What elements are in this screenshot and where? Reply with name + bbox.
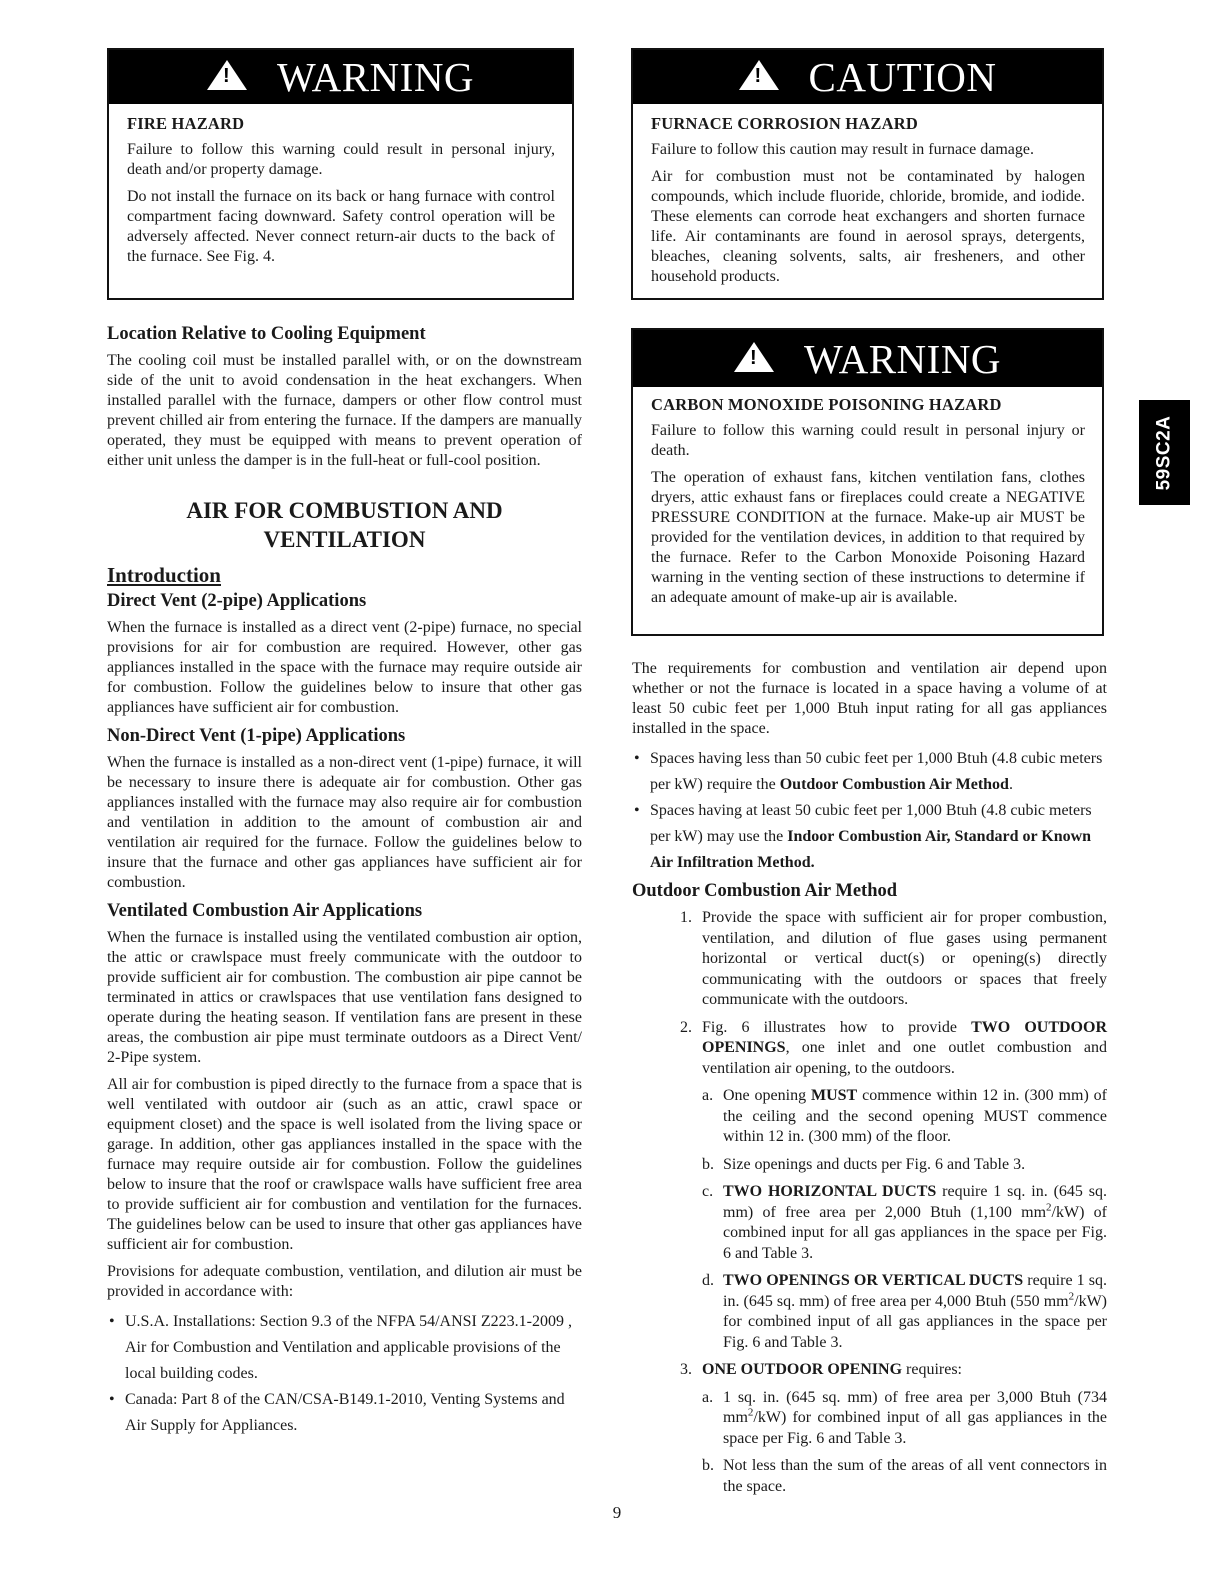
list-item: 1. Provide the space with sufficient air… (632, 908, 1107, 1011)
warning-triangle-icon (739, 60, 779, 90)
hazard-instructions: The operation of exhaust fans, kitchen v… (651, 468, 1085, 608)
location-heading: Location Relative to Cooling Equipment (107, 323, 582, 345)
warning-triangle-icon (734, 342, 774, 372)
list-item: b. Not less than the sum of the areas of… (702, 1456, 1107, 1497)
ventilated-combustion-text-1: When the furnace is installed using the … (107, 928, 582, 1068)
code-references-list: U.S.A. Installations: Section 9.3 of the… (107, 1309, 582, 1439)
location-text: The cooling coil must be installed paral… (107, 351, 582, 471)
list-item: U.S.A. Installations: Section 9.3 of the… (107, 1309, 582, 1387)
hazard-consequence: Failure to follow this warning could res… (127, 140, 555, 180)
direct-vent-heading: Direct Vent (2-pipe) Applications (107, 590, 582, 612)
list-item: a. 1 sq. in. (645 sq. mm) of free area p… (702, 1388, 1107, 1450)
right-column: The requirements for combustion and vent… (632, 659, 1107, 1504)
hazard-title: CARBON MONOXIDE POISONING HAZARD (651, 395, 1085, 415)
model-side-tab-label: 59SC2A (1154, 415, 1176, 490)
warning-header-label: WARNING (277, 53, 474, 101)
ventilated-combustion-text-2: All air for combustion is piped directly… (107, 1075, 582, 1255)
list-item: d. TWO OPENINGS OR VERTICAL DUCTS requir… (702, 1271, 1107, 1353)
ventilated-combustion-heading: Ventilated Combustion Air Applications (107, 900, 582, 922)
direct-vent-text: When the furnace is installed as a direc… (107, 618, 582, 718)
provisions-text: Provisions for adequate combustion, vent… (107, 1262, 582, 1302)
hazard-consequence: Failure to follow this caution may resul… (651, 140, 1085, 160)
fire-hazard-warning-box: WARNING FIRE HAZARD Failure to follow th… (107, 48, 574, 300)
left-column: Location Relative to Cooling Equipment T… (107, 323, 582, 1443)
list-item: Spaces having at least 50 cubic feet per… (632, 798, 1107, 876)
list-item: 2. Fig. 6 illustrates how to provide TWO… (632, 1018, 1107, 1354)
non-direct-vent-text: When the furnace is installed as a non-d… (107, 753, 582, 893)
warning-header: WARNING (109, 50, 572, 104)
caution-header-label: CAUTION (809, 53, 997, 101)
carbon-monoxide-warning-box: WARNING CARBON MONOXIDE POISONING HAZARD… (631, 328, 1104, 636)
model-side-tab: 59SC2A (1139, 400, 1190, 505)
hazard-title: FURNACE CORROSION HAZARD (651, 114, 1085, 134)
requirements-text: The requirements for combustion and vent… (632, 659, 1107, 739)
space-volume-list: Spaces having less than 50 cubic feet pe… (632, 746, 1107, 876)
list-item: b. Size openings and ducts per Fig. 6 an… (702, 1155, 1107, 1176)
list-item: a. One opening MUST commence within 12 i… (702, 1086, 1107, 1148)
warning-header-label: WARNING (804, 335, 1001, 383)
caution-header: CAUTION (633, 50, 1102, 104)
hazard-instructions: Do not install the furnace on its back o… (127, 187, 555, 267)
list-item: Canada: Part 8 of the CAN/CSA-B149.1-201… (107, 1387, 582, 1439)
warning-header: WARNING (633, 330, 1102, 387)
list-item: 3. ONE OUTDOOR OPENING requires: a. 1 sq… (632, 1360, 1107, 1497)
warning-triangle-icon (207, 60, 247, 90)
introduction-heading: Introduction (107, 562, 582, 588)
list-item: c. TWO HORIZONTAL DUCTS require 1 sq. in… (702, 1182, 1107, 1264)
outdoor-combustion-heading: Outdoor Combustion Air Method (632, 880, 1107, 902)
section-title: AIR FOR COMBUSTION AND VENTILATION (107, 496, 582, 554)
corrosion-caution-box: CAUTION FURNACE CORROSION HAZARD Failure… (631, 48, 1104, 300)
hazard-consequence: Failure to follow this warning could res… (651, 421, 1085, 461)
page-number: 9 (607, 1503, 627, 1523)
non-direct-vent-heading: Non-Direct Vent (1-pipe) Applications (107, 725, 582, 747)
list-item: Spaces having less than 50 cubic feet pe… (632, 746, 1107, 798)
hazard-title: FIRE HAZARD (127, 114, 555, 134)
outdoor-method-steps: 1. Provide the space with sufficient air… (632, 908, 1107, 1497)
hazard-instructions: Air for combustion must not be contamina… (651, 167, 1085, 287)
